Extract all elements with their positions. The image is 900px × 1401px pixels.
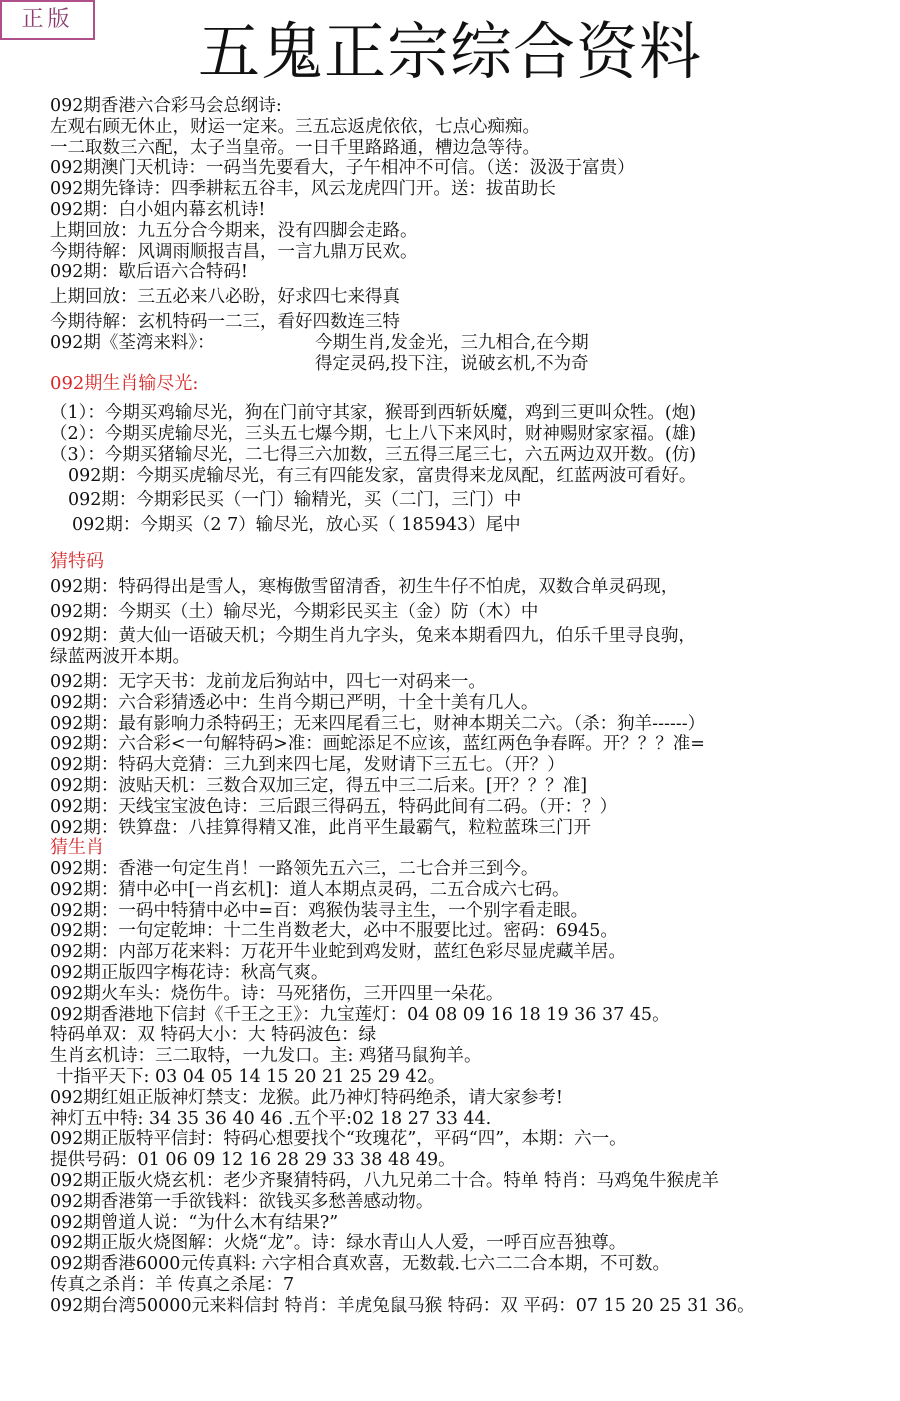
page-title: 五鬼正宗综合资料	[0, 12, 900, 92]
section-heading: 猜生肖	[50, 838, 900, 859]
text-line: 092期：天线宝宝波色诗：三后跟三得码五，特码此间有二码。（开：？）	[50, 797, 900, 818]
text-line: 上期回放：三五必来八必盼，好求四七来得真	[50, 287, 900, 308]
text-line: 092期：今期买（2 7）输尽光，放心买（ 185943）尾中	[50, 515, 900, 536]
text-line: 092期澳门天机诗：一码当先要看大，子午相冲不可信。（送：汲汲于富贵）	[50, 158, 900, 179]
text-line: 092期火车头：烧伤牛。诗：马死猪伤，三开四里一朵花。	[50, 984, 900, 1005]
text-line: 左观右顾无休止，财运一定来。三五忘返虎依依，七点心痴痴。	[50, 117, 900, 138]
text-line: 092期红姐正版神灯禁支：龙猴。此乃神灯特码绝杀，请大家参考!	[50, 1088, 900, 1109]
text-line: 092期：香港一句定生肖！一路领先五六三，二七合并三到今。	[50, 859, 900, 880]
text-line: 一二取数三六配，太子当皇帝。一日千里路路通，槽边急等待。	[50, 138, 900, 159]
text-line: 092期：今期买（土）输尽光，今期彩民买主（金）防（木）中	[50, 602, 900, 623]
text-line: 092期先锋诗：四季耕耘五谷丰，风云龙虎四门开。送：拔苗助长	[50, 179, 900, 200]
text-line: （1）：今期买鸡输尽光，狗在门前守其家，猴哥到西斩妖魔，鸡到三更叫众牲。(炮)	[50, 403, 900, 424]
section-poems: 092期香港六合彩马会总纲诗: 左观右顾无休止，财运一定来。三五忘返虎依依，七点…	[50, 96, 900, 374]
text-line: 092期：一句定乾坤：十二生肖数老大，必中不服要比过。密码：6945。	[50, 921, 900, 942]
text-line: 092期正版四字梅花诗：秋高气爽。	[50, 963, 900, 984]
text-line: 092期：六合彩猜透必中：生肖今期已严明，十全十美有几人。	[50, 693, 900, 714]
text-line: （3）：今期买猪输尽光，二七得三六加数，三五得三尾三七，六五两边双开数。(仿)	[50, 445, 900, 466]
text-line: 092期：黄大仙一语破天机；今期生肖九字头，兔来本期看四九，伯乐千里寻良驹，	[50, 626, 900, 647]
text-line: 092期：无字天书：龙前龙后狗站中，四七一对码来一。	[50, 672, 900, 693]
section-guess-special: 猜特码 092期：特码得出是雪人，寒梅傲雪留清香，初生牛仔不怕虎，双数合单灵码现…	[50, 552, 900, 838]
text-line: 092期香港六合彩马会总纲诗:	[50, 96, 900, 117]
text-line: 092期曾道人说：“为什么木有结果?”	[50, 1213, 900, 1234]
text-line: 传真之杀肖：羊 传真之杀尾：7	[50, 1275, 900, 1296]
text-line: 神灯五中特: 34 35 36 40 46 .五个平:02 18 27 33 4…	[50, 1109, 900, 1130]
text-line: 092期正版火烧图解：火烧“龙”。诗：绿水青山人人爱，一呼百应吾独尊。	[50, 1233, 900, 1254]
text-line: 092期香港6000元传真料: 六字相合真欢喜，无数载.七六二二合本期，不可数。	[50, 1254, 900, 1275]
text-line: 今期待解：玄机特码一二三，看好四数连三特	[50, 312, 900, 333]
section-zodiac-lose: 092期生肖输尽光: （1）：今期买鸡输尽光，狗在门前守其家，猴哥到西斩妖魔，鸡…	[50, 374, 900, 536]
text-line: 092期：白小姐内幕玄机诗!	[50, 200, 900, 221]
text-line: 092期：歇后语六合特码!	[50, 262, 900, 283]
text-line: 092期：特码得出是雪人，寒梅傲雪留清香，初生牛仔不怕虎，双数合单灵码现，	[50, 577, 900, 598]
text-line: 092期台湾50000元来料信封 特肖：羊虎兔鼠马猴 特码：双 平码：07 15…	[50, 1296, 900, 1317]
text-line: 092期正版火烧玄机：老少齐聚猜特码，八九兄弟二十合。特单 特肖：马鸡兔牛猴虎羊	[50, 1171, 900, 1192]
text-line: 得定灵码,投下注，说破玄机,不为奇	[315, 354, 589, 375]
document-content: 092期香港六合彩马会总纲诗: 左观右顾无休止，财运一定来。三五忘返虎依依，七点…	[50, 96, 900, 1317]
text-line: 092期：波贴天机：三数合双加三定，得五中三二后来。[开？？？准]	[50, 776, 900, 797]
section-heading: 092期生肖输尽光:	[50, 374, 900, 395]
text-line: 特码单双：双 特码大小：大 特码波色：绿	[50, 1025, 900, 1046]
text-line: 092期：铁算盘：八挂算得精又准，此肖平生最霸气，粒粒蓝珠三门开	[50, 818, 900, 839]
text-line: 今期待解：风调雨顺报吉昌，一言九鼎万民欢。	[50, 242, 900, 263]
quanwan-block: 092期《荃湾来料》： 今期生肖,发金光，三九相合,在今期 得定灵码,投下注，说…	[50, 333, 900, 375]
text-line: 上期回放：九五分合今期来，没有四脚会走路。	[50, 221, 900, 242]
text-line: 绿蓝两波开本期。	[50, 647, 900, 668]
text-line: 092期：特码大竞猜：三九到来四七尾，发财请下三五七。（开？）	[50, 755, 900, 776]
text-line: 092期：六合彩<一句解特码>准：画蛇添足不应该，蓝红两色争春晖。开？？？准=	[50, 734, 900, 755]
text-line: 092期：最有影响力杀特码王；无来四尾看三七，财神本期关二六。（杀：狗羊----…	[50, 714, 900, 735]
text-line: 092期正版特平信封：特码心想要找个“玫瑰花”，平码“四”，本期：六一。	[50, 1129, 900, 1150]
text-line: 092期香港地下信封《千王之王》：九宝莲灯：04 08 09 16 18 19 …	[50, 1005, 900, 1026]
text-line: 092期：猜中必中[一肖玄机]：道人本期点灵码，二五合成六七码。	[50, 880, 900, 901]
section-guess-zodiac: 猜生肖 092期：香港一句定生肖！一路领先五六三，二七合并三到今。 092期：猜…	[50, 838, 900, 1316]
text-line: 生肖玄机诗：三二取特，一九发口。主: 鸡猪马鼠狗羊。	[50, 1046, 900, 1067]
text-line: 提供号码：01 06 09 12 16 28 29 33 38 48 49。	[50, 1150, 900, 1171]
text-line: 今期生肖,发金光，三九相合,在今期	[315, 333, 589, 354]
text-line: 092期：一码中特猜中必中=百：鸡猴伪装寻主生，一个别字看走眼。	[50, 901, 900, 922]
text-line: 092期：今期彩民买（一门）输精光，买（二门，三门）中	[50, 490, 900, 511]
section-heading: 猜特码	[50, 552, 900, 573]
quanwan-label: 092期《荃湾来料》：	[50, 333, 315, 375]
text-line: 092期：内部万花来料：万花开牛业蛇到鸡发财，蓝红色彩尽显虎藏羊居。	[50, 942, 900, 963]
text-line: 092期：今期买虎输尽光，有三有四能发家，富贵得来龙凤配，红蓝两波可看好。	[50, 466, 900, 487]
text-line: 092期香港第一手欲钱料：欲钱买多愁善感动物。	[50, 1192, 900, 1213]
text-line: （2）：今期买虎输尽光，三头五七爆今期，七上八下来风时，财神赐财家家福。(雄)	[50, 424, 900, 445]
text-line: 十指平天下: 03 04 05 14 15 20 21 25 29 42。	[50, 1067, 900, 1088]
